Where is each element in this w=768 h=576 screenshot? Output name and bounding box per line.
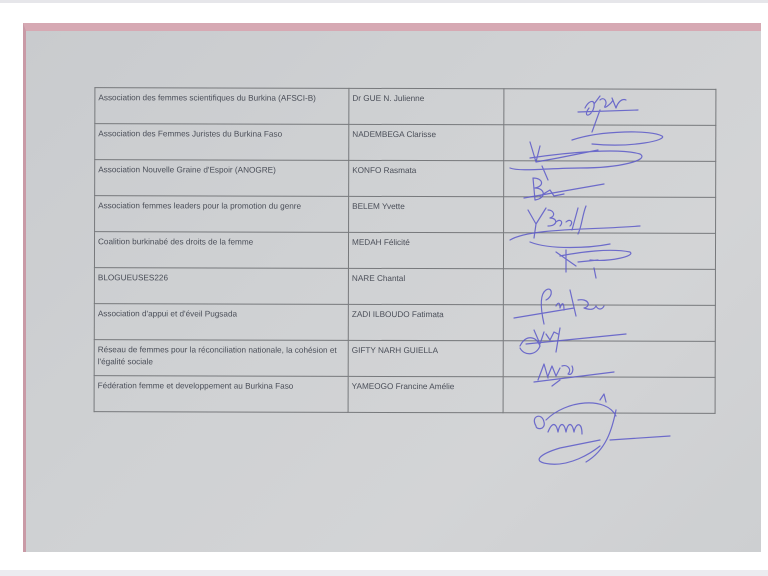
representative-cell: NADEMBEGA Clarisse — [349, 124, 504, 160]
signature-cell — [503, 233, 715, 270]
representative-cell: YAMEOGO Francine Amélie — [348, 376, 503, 412]
signature-cell — [503, 377, 715, 414]
signature-cell — [504, 89, 716, 126]
signature-cell — [503, 341, 715, 378]
organization-cell: Coalition burkinabé des droits de la fem… — [94, 232, 348, 269]
table-row: Association femmes leaders pour la promo… — [95, 196, 716, 234]
representative-cell: BELEM Yvette — [349, 196, 504, 232]
organization-cell: Association d'appui et d'éveil Pugsada — [94, 304, 348, 341]
signature-cell — [503, 305, 715, 342]
document-photo: Association des femmes scientifiques du … — [23, 23, 761, 552]
organization-cell: Association des femmes scientifiques du … — [95, 88, 349, 125]
organization-cell: BLOGUEUSES226 — [94, 268, 348, 305]
representative-cell: Dr GUE N. Julienne — [349, 88, 504, 124]
signature-cell — [504, 161, 716, 198]
table-row: Association des Femmes Juristes du Burki… — [95, 124, 716, 162]
signature-cell — [503, 269, 715, 306]
table-row: Coalition burkinabé des droits de la fem… — [94, 232, 715, 270]
organization-cell: Association des Femmes Juristes du Burki… — [95, 124, 349, 161]
organization-cell: Association Nouvelle Graine d'Espoir (AN… — [95, 160, 349, 197]
signature-cell — [504, 125, 716, 162]
organization-cell: Association femmes leaders pour la promo… — [95, 196, 349, 233]
table-row: Association d'appui et d'éveil PugsadaZA… — [94, 304, 715, 342]
representative-cell: MEDAH Félicité — [348, 232, 503, 268]
table-row: BLOGUEUSES226NARE Chantal — [94, 268, 715, 306]
table-row: Association des femmes scientifiques du … — [95, 88, 716, 126]
organization-cell: Réseau de femmes pour la réconciliation … — [94, 340, 348, 377]
table-row: Réseau de femmes pour la réconciliation … — [94, 340, 715, 378]
table-row: Fédération femme et developpement au Bur… — [94, 376, 715, 414]
signature-table: Association des femmes scientifiques du … — [94, 87, 717, 414]
organization-cell: Fédération femme et developpement au Bur… — [94, 376, 348, 413]
table-row: Association Nouvelle Graine d'Espoir (AN… — [95, 160, 716, 198]
representative-cell: ZADI ILBOUDO Fatimata — [348, 304, 503, 340]
representative-cell: KONFO Rasmata — [349, 160, 504, 196]
representative-cell: NARE Chantal — [348, 268, 503, 304]
bottom-bar — [0, 570, 768, 576]
top-bar — [0, 0, 768, 3]
representative-cell: GIFTY NARH GUIELLA — [348, 340, 503, 376]
signature-cell — [504, 197, 716, 234]
